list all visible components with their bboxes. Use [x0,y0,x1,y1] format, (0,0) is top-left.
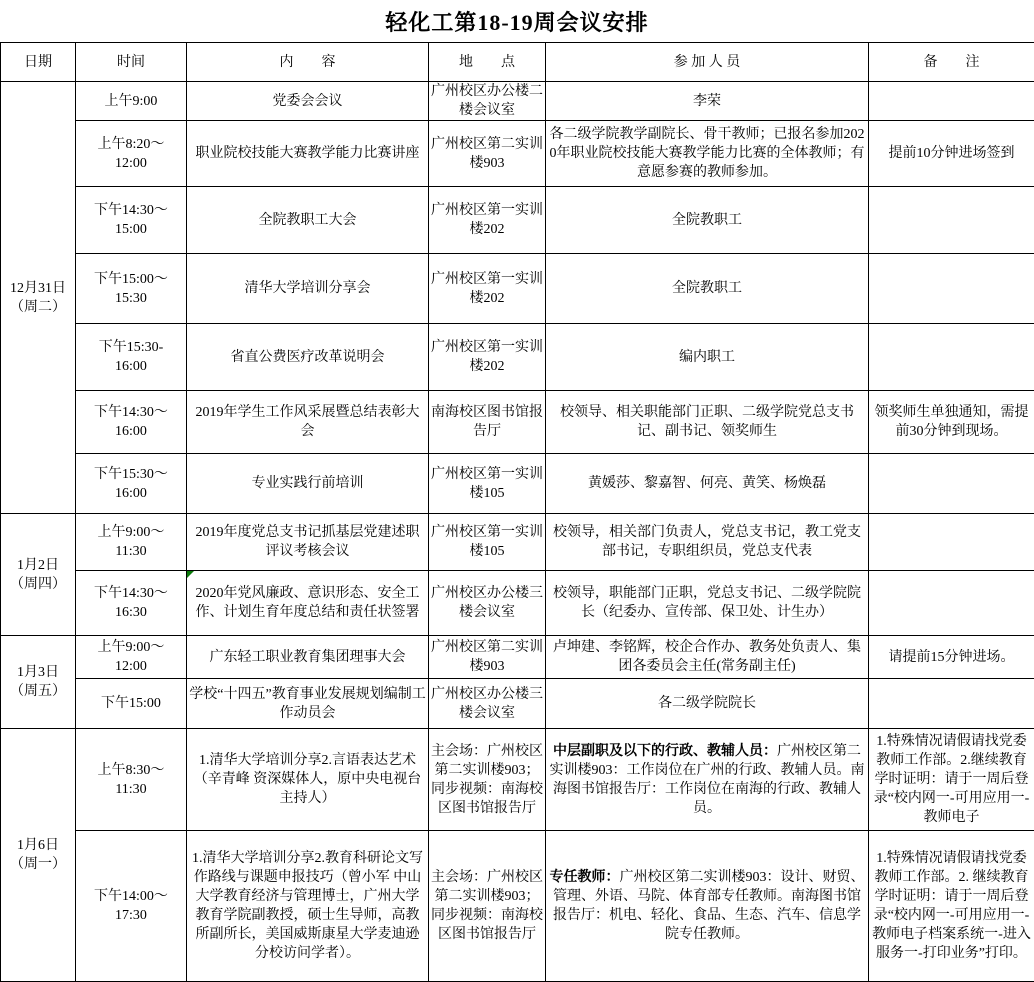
location-cell: 广州校区第二实训楼903 [429,121,546,187]
participants-bold-prefix: 专任教师： [550,870,620,885]
time-cell: 下午14:30～ 16:00 [76,391,187,454]
time-cell: 下午14:00～ 17:30 [76,831,187,982]
table-row: 下午14:30～ 16:30 2020年党风廉政、意识形态、安全工作、计划生育年… [1,571,1034,636]
content-cell: 专业实践行前培训 [187,454,429,514]
remarks-cell [869,187,1034,254]
page-title: 轻化工第18-19周会议安排 [0,0,1034,42]
comment-marker-icon [187,571,194,578]
time-cell: 下午15:00～ 15:30 [76,254,187,324]
content-cell: 职业院校技能大赛教学能力比赛讲座 [187,121,429,187]
remarks-cell: 请提前15分钟进场。 [869,636,1034,679]
col-header-participants: 参 加 人 员 [546,43,869,82]
content-text: 2020年党风廉政、意识形态、安全工作、计划生育年度总结和责任状签署 [196,586,420,620]
participants-cell: 校领导，相关部门负责人，党总支书记，教工党支部书记，专职组织员，党总支代表 [546,514,869,571]
table-row: 下午15:00～ 15:30 清华大学培训分享会 广州校区第一实训楼202 全院… [1,254,1034,324]
col-header-remarks: 备 注 [869,43,1034,82]
content-cell: 1.清华大学培训分享2.言语表达艺术（辛青峰 资深媒体人，原中央电视台主持人） [187,729,429,831]
content-cell: 全院教职工大会 [187,187,429,254]
participants-cell: 专任教师：广州校区第二实训楼903：设计、财贸、管理、外语、马院、体育部专任教师… [546,831,869,982]
location-cell: 南海校区图书馆报告厅 [429,391,546,454]
time-cell: 上午9:00～ 12:00 [76,636,187,679]
participants-cell: 校领导，职能部门正职，党总支书记、二级学院院长（纪委办、宣传部、保卫处、计生办） [546,571,869,636]
time-cell: 下午15:30- 16:00 [76,324,187,391]
content-cell: 1.清华大学培训分享2.教育科研论文写作路线与课题申报技巧（曾小军 中山大学教育… [187,831,429,982]
remarks-cell [869,324,1034,391]
content-cell: 学校“十四五”教育事业发展规划编制工作动员会 [187,679,429,729]
location-cell: 主会场：广州校区第二实训楼903；同步视频：南海校区图书馆报告厅 [429,729,546,831]
date-cell: 1月3日 （周五） [1,636,76,729]
remarks-cell: 领奖师生单独通知，需提前30分钟到现场。 [869,391,1034,454]
participants-cell: 黄媛莎、黎嘉智、何亮、黄笑、杨焕磊 [546,454,869,514]
content-cell: 清华大学培训分享会 [187,254,429,324]
location-cell: 主会场：广州校区第二实训楼903；同步视频：南海校区图书馆报告厅 [429,831,546,982]
time-cell: 上午8:20～ 12:00 [76,121,187,187]
table-row: 下午15:30～ 16:00 专业实践行前培训 广州校区第一实训楼105 黄媛莎… [1,454,1034,514]
location-cell: 广州校区第二实训楼903 [429,636,546,679]
time-cell: 上午8:30～ 11:30 [76,729,187,831]
content-cell: 省直公费医疗改革说明会 [187,324,429,391]
col-header-location: 地 点 [429,43,546,82]
remarks-cell: 提前10分钟进场签到 [869,121,1034,187]
participants-bold-prefix: 中层副职及以下的行政、教辅人员： [553,744,777,759]
table-row: 下午15:30- 16:00 省直公费医疗改革说明会 广州校区第一实训楼202 … [1,324,1034,391]
table-row: 下午14:30～ 15:00 全院教职工大会 广州校区第一实训楼202 全院教职… [1,187,1034,254]
table-row: 1月6日 （周一） 上午8:30～ 11:30 1.清华大学培训分享2.言语表达… [1,729,1034,831]
time-cell: 下午15:30～ 16:00 [76,454,187,514]
date-cell: 1月6日 （周一） [1,729,76,982]
time-cell: 下午14:30～ 16:30 [76,571,187,636]
participants-cell: 中层副职及以下的行政、教辅人员：广州校区第二实训楼903：工作岗位在广州的行政、… [546,729,869,831]
participants-cell: 编内职工 [546,324,869,391]
time-cell: 下午15:00 [76,679,187,729]
col-header-date: 日期 [1,43,76,82]
remarks-cell: 1.特殊情况请假请找党委教师工作部。2. 继续教育学时证明：请于一周后登录“校内… [869,831,1034,982]
schedule-table: 日期 时间 内 容 地 点 参 加 人 员 备 注 12月31日 （周二） 上午… [0,42,1034,982]
remarks-cell [869,679,1034,729]
remarks-cell: 1.特殊情况请假请找党委教师工作部。2.继续教育学时证明：请于一周后登录“校内网… [869,729,1034,831]
location-cell: 广州校区第一实训楼105 [429,514,546,571]
location-cell: 广州校区办公楼三楼会议室 [429,679,546,729]
header-row: 日期 时间 内 容 地 点 参 加 人 员 备 注 [1,43,1034,82]
date-cell: 1月2日 （周四） [1,514,76,636]
col-header-content: 内 容 [187,43,429,82]
table-row: 下午14:30～ 16:00 2019年学生工作风采展暨总结表彰大会 南海校区图… [1,391,1034,454]
remarks-cell [869,514,1034,571]
participants-cell: 卢坤建、李铭辉，校企合作办、教务处负责人、集团各委员会主任(常务副主任) [546,636,869,679]
participants-cell: 各二级学院院长 [546,679,869,729]
location-cell: 广州校区第一实训楼202 [429,254,546,324]
table-row: 12月31日 （周二） 上午9:00 党委会会议 广州校区办公楼二楼会议室 李荣 [1,82,1034,121]
participants-cell: 全院教职工 [546,187,869,254]
remarks-cell [869,454,1034,514]
table-row: 上午8:20～ 12:00 职业院校技能大赛教学能力比赛讲座 广州校区第二实训楼… [1,121,1034,187]
participants-cell: 校领导、相关职能部门正职、二级学院党总支书记、副书记、领奖师生 [546,391,869,454]
content-cell: 2019年学生工作风采展暨总结表彰大会 [187,391,429,454]
table-row: 下午14:00～ 17:30 1.清华大学培训分享2.教育科研论文写作路线与课题… [1,831,1034,982]
schedule-page: 轻化工第18-19周会议安排 日期 时间 内 容 地 点 参 加 人 员 备 注… [0,0,1034,982]
time-cell: 上午9:00～ 11:30 [76,514,187,571]
participants-cell: 李荣 [546,82,869,121]
content-cell: 广东轻工职业教育集团理事大会 [187,636,429,679]
time-cell: 上午9:00 [76,82,187,121]
location-cell: 广州校区办公楼二楼会议室 [429,82,546,121]
date-cell: 12月31日 （周二） [1,82,76,514]
content-cell: 2020年党风廉政、意识形态、安全工作、计划生育年度总结和责任状签署 [187,571,429,636]
location-cell: 广州校区第一实训楼202 [429,187,546,254]
location-cell: 广州校区第一实训楼105 [429,454,546,514]
remarks-cell [869,82,1034,121]
col-header-time: 时间 [76,43,187,82]
remarks-cell [869,254,1034,324]
participants-cell: 各二级学院教学副院长、骨干教师；已报名参加2020年职业院校技能大赛教学能力比赛… [546,121,869,187]
location-cell: 广州校区第一实训楼202 [429,324,546,391]
participants-cell: 全院教职工 [546,254,869,324]
table-row: 下午15:00 学校“十四五”教育事业发展规划编制工作动员会 广州校区办公楼三楼… [1,679,1034,729]
table-row: 1月3日 （周五） 上午9:00～ 12:00 广东轻工职业教育集团理事大会 广… [1,636,1034,679]
remarks-cell [869,571,1034,636]
table-row: 1月2日 （周四） 上午9:00～ 11:30 2019年度党总支书记抓基层党建… [1,514,1034,571]
content-cell: 党委会会议 [187,82,429,121]
content-cell: 2019年度党总支书记抓基层党建述职评议考核会议 [187,514,429,571]
location-cell: 广州校区办公楼三楼会议室 [429,571,546,636]
time-cell: 下午14:30～ 15:00 [76,187,187,254]
